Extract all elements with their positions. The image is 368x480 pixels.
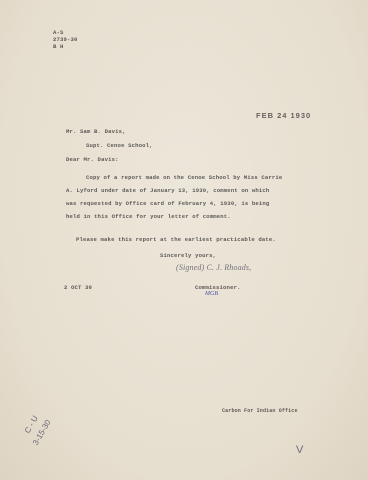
carbon-note: Carbon For Indian Office — [222, 408, 298, 415]
pencil-check-mark: V — [296, 444, 303, 456]
body-line-1: Copy of a report made on the Cenoe Schoo… — [86, 174, 282, 181]
signer-title: Commissioner. — [195, 284, 241, 291]
salutation: Dear Mr. Davis: — [66, 156, 119, 163]
letter-page: A-S 2739-30 B H FEB 24 1930 Mr. Sam B. D… — [0, 0, 368, 480]
body-line-3: was requested by Office card of February… — [66, 200, 269, 207]
addressee-title: Supt. Cenoe School, — [86, 142, 153, 149]
body-line-5: Please make this report at the earliest … — [76, 236, 276, 243]
ref-line-3: B H — [53, 43, 64, 50]
body-line-2: A. Lyford under date of January 13, 1930… — [66, 187, 269, 194]
ref-line-1: A-S — [53, 29, 64, 36]
addressee-name: Mr. Sam B. Davis, — [66, 128, 126, 135]
ink-initials: MGB — [205, 291, 218, 297]
date-stamp: FEB 24 1930 — [256, 112, 311, 119]
ref-line-2: 2739-30 — [53, 36, 78, 43]
closing: Sincerely yours, — [160, 252, 216, 259]
file-code: 2 OCT 30 — [64, 284, 92, 291]
signature: (Signed) C. J. Rhoads, — [176, 264, 251, 271]
body-line-4: held in this Office for your letter of c… — [66, 213, 231, 220]
